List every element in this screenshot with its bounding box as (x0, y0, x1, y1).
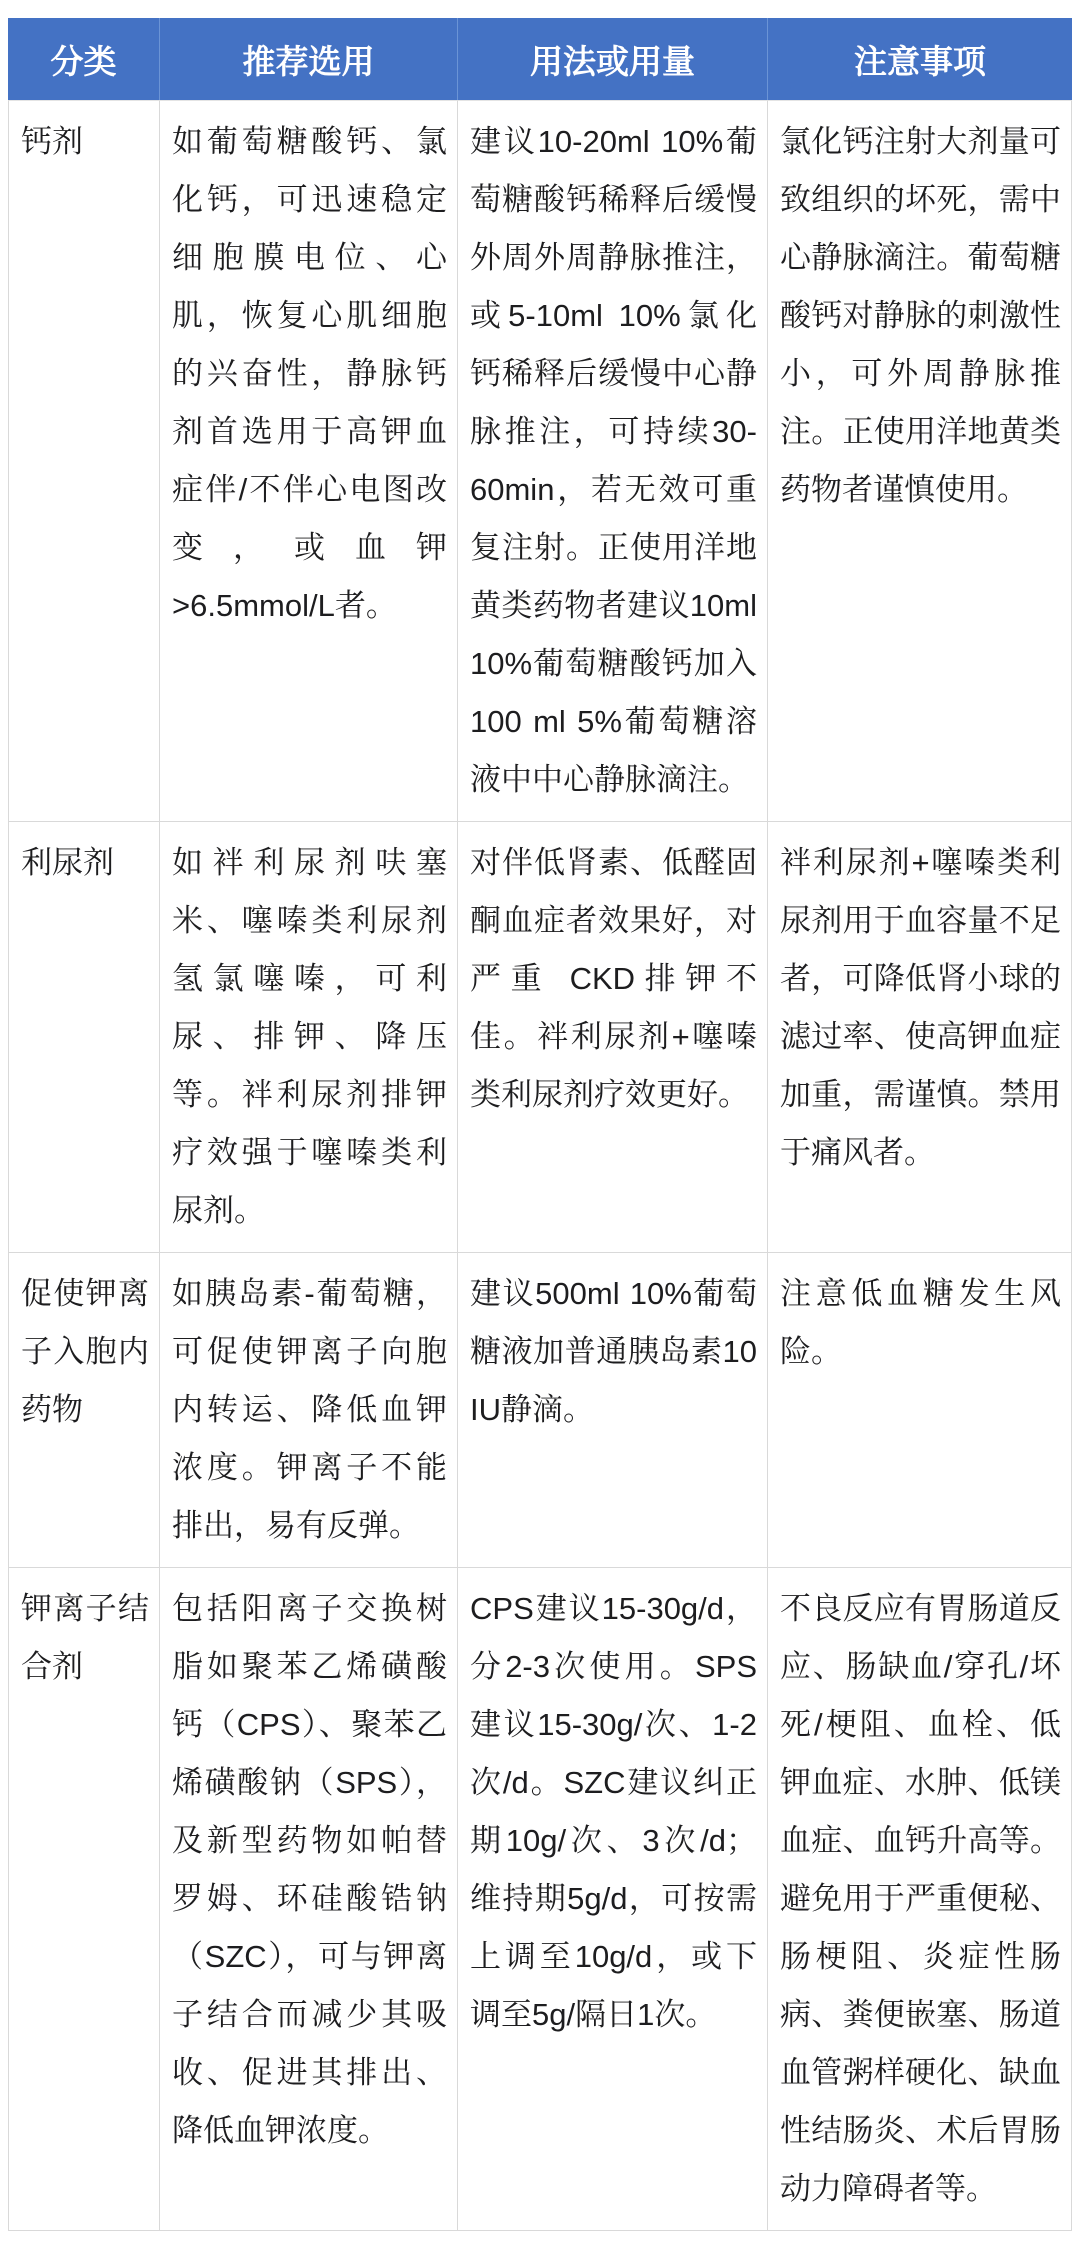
hyperkalemia-drug-table: 分类 推荐选用 用法或用量 注意事项 钙剂 如葡萄糖酸钙、氯化钙，可迅速稳定细胞… (8, 18, 1072, 2231)
cell-usage: CPS建议15-30g/d，分2-3次使用。SPS建议15-30g/次、1-2次… (458, 1568, 768, 2231)
cell-usage: 建议500ml 10%葡萄糖液加普通胰岛素10 IU静滴。 (458, 1253, 768, 1568)
cell-precautions: 注意低血糖发生风险。 (768, 1253, 1072, 1568)
table-row-potassium-binder: 钾离子结合剂 包括阳离子交换树脂如聚苯乙烯磺酸钙（CPS）、聚苯乙烯磺酸钠（SP… (8, 1568, 1072, 2231)
header-recommendation: 推荐选用 (160, 18, 458, 100)
cell-category: 促使钾离子入胞内药物 (8, 1253, 160, 1568)
cell-recommendation: 如葡萄糖酸钙、氯化钙，可迅速稳定细胞膜电位、心肌，恢复心肌细胞的兴奋性，静脉钙剂… (160, 100, 458, 822)
table-row-calcium: 钙剂 如葡萄糖酸钙、氯化钙，可迅速稳定细胞膜电位、心肌，恢复心肌细胞的兴奋性，静… (8, 100, 1072, 822)
cell-precautions: 不良反应有胃肠道反应、肠缺血/穿孔/坏死/梗阻、血栓、低钾血症、水肿、低镁血症、… (768, 1568, 1072, 2231)
header-category: 分类 (8, 18, 160, 100)
header-row: 分类 推荐选用 用法或用量 注意事项 (8, 18, 1072, 100)
cell-usage: 对伴低肾素、低醛固酮血症者效果好，对严重 CKD排钾不佳。袢利尿剂+噻嗪类利尿剂… (458, 822, 768, 1253)
cell-precautions: 氯化钙注射大剂量可致组织的坏死，需中心静脉滴注。葡萄糖酸钙对静脉的刺激性小，可外… (768, 100, 1072, 822)
cell-category: 钙剂 (8, 100, 160, 822)
cell-category: 利尿剂 (8, 822, 160, 1253)
cell-precautions: 袢利尿剂+噻嗪类利尿剂用于血容量不足者，可降低肾小球的滤过率、使高钾血症加重，需… (768, 822, 1072, 1253)
cell-recommendation: 如胰岛素-葡萄糖，可促使钾离子向胞内转运、降低血钾浓度。钾离子不能排出，易有反弹… (160, 1253, 458, 1568)
header-usage: 用法或用量 (458, 18, 768, 100)
document-page: 分类 推荐选用 用法或用量 注意事项 钙剂 如葡萄糖酸钙、氯化钙，可迅速稳定细胞… (0, 0, 1080, 2249)
table-row-intracellular-shift: 促使钾离子入胞内药物 如胰岛素-葡萄糖，可促使钾离子向胞内转运、降低血钾浓度。钾… (8, 1253, 1072, 1568)
header-precautions: 注意事项 (768, 18, 1072, 100)
cell-recommendation: 包括阳离子交换树脂如聚苯乙烯磺酸钙（CPS）、聚苯乙烯磺酸钠（SPS），及新型药… (160, 1568, 458, 2231)
cell-category: 钾离子结合剂 (8, 1568, 160, 2231)
cell-usage: 建议10-20ml 10%葡萄糖酸钙稀释后缓慢外周外周静脉推注，或5-10ml … (458, 100, 768, 822)
table-row-diuretic: 利尿剂 如袢利尿剂呋塞米、噻嗪类利尿剂氢氯噻嗪，可利尿、排钾、降压等。袢利尿剂排… (8, 822, 1072, 1253)
cell-recommendation: 如袢利尿剂呋塞米、噻嗪类利尿剂氢氯噻嗪，可利尿、排钾、降压等。袢利尿剂排钾疗效强… (160, 822, 458, 1253)
